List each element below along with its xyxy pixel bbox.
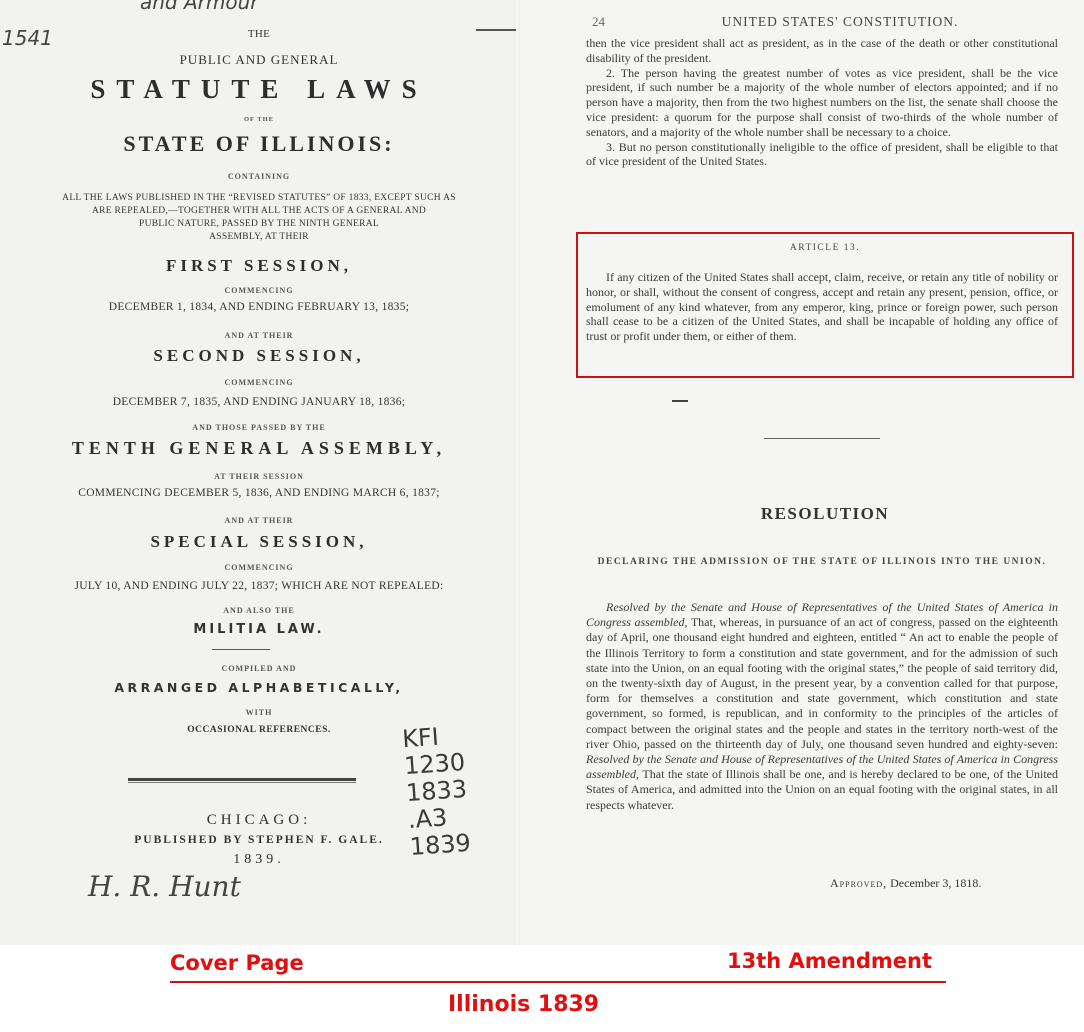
thin-divider: [128, 782, 356, 783]
resolution-subtitle: DECLARING THE ADMISSION OF THE STATE OF …: [586, 555, 1058, 570]
resolution-title: RESOLUTION: [576, 504, 1074, 524]
resolution-body-1: That, whereas, in pursuance of an act of…: [586, 615, 1058, 751]
and-also: AND ALSO THE: [0, 606, 518, 615]
militia-law: MILITIA LAW.: [0, 622, 518, 637]
article-12-text: then the vice president shall act as pre…: [586, 36, 1058, 169]
section-divider: [764, 438, 880, 439]
at-their-session: AT THEIR SESSION: [0, 472, 518, 481]
article-13-text: If any citizen of the United States shal…: [586, 270, 1058, 344]
tenth-assembly: TENTH GENERAL ASSEMBLY,: [0, 438, 518, 459]
thick-divider: [128, 778, 356, 781]
commencing-2: COMMENCING: [0, 378, 518, 387]
handwritten-top: and Armour: [140, 0, 259, 14]
call-line-3: 1833: [405, 776, 468, 807]
call-line-5: 1839: [409, 830, 472, 861]
handwritten-signature: H. R. Hunt: [88, 870, 241, 903]
approved-label: Approved,: [830, 876, 887, 890]
call-number: KFI 1230 1833 .A3 1839: [401, 722, 471, 861]
compiled-label: COMPILED AND: [0, 664, 518, 673]
title-public-general: PUBLIC AND GENERAL: [0, 52, 518, 68]
caption-13th-amendment: 13th Amendment: [727, 949, 932, 973]
page-number: 24: [592, 14, 605, 30]
description-line-1: ALL THE LAWS PUBLISHED IN THE “REVISED S…: [0, 192, 518, 205]
resolution-body-2: That the state of Illinois shall be one,…: [586, 767, 1058, 811]
and-at-their-2: AND AT THEIR: [0, 516, 518, 525]
title-statute-laws: STATUTE LAWS: [0, 74, 518, 105]
special-session: SPECIAL SESSION,: [0, 532, 518, 552]
caption-underline: [170, 981, 946, 983]
approved-date: December 3, 1818.: [890, 876, 981, 890]
title-state: STATE OF ILLINOIS:: [0, 131, 518, 157]
and-at-their-1: AND AT THEIR: [0, 331, 518, 340]
title-the: THE: [0, 28, 518, 40]
short-divider: [212, 649, 270, 650]
commencing-3: COMMENCING: [0, 563, 518, 572]
resolution-body: Resolved by the Senate and House of Repr…: [586, 600, 1058, 813]
stray-mark: [672, 400, 688, 402]
article-13-title: ARTICLE 13.: [576, 243, 1074, 253]
title-of-the: OF THE: [0, 116, 518, 123]
paragraph-continuation: then the vice president shall act as pre…: [586, 36, 1058, 66]
article-13-body: If any citizen of the United States shal…: [586, 270, 1058, 344]
description-line-4: ASSEMBLY, AT THEIR: [0, 232, 518, 242]
running-header: UNITED STATES' CONSTITUTION.: [620, 14, 1060, 30]
caption-cover-page: Cover Page: [170, 951, 304, 975]
description-line-3: PUBLIC NATURE, PASSED BY THE NINTH GENER…: [0, 219, 518, 229]
first-session: FIRST SESSION,: [0, 256, 518, 276]
description-line-2: ARE REPEALED,—TOGETHER WITH ALL THE ACTS…: [0, 206, 518, 216]
with-label: WITH: [0, 708, 518, 717]
paragraph-section-2: 2. The person having the greatest number…: [586, 66, 1058, 140]
arranged-alphabetically: ARRANGED ALPHABETICALLY,: [0, 680, 518, 695]
paragraph-section-3: 3. But no person constitutionally inelig…: [586, 140, 1058, 170]
those-passed: AND THOSE PASSED BY THE: [0, 423, 518, 432]
dates-2: DECEMBER 7, 1835, AND ENDING JANUARY 18,…: [0, 396, 518, 408]
caption-illinois-1839: Illinois 1839: [448, 992, 599, 1017]
dates-4: JULY 10, AND ENDING JULY 22, 1837; WHICH…: [0, 580, 518, 592]
second-session: SECOND SESSION,: [0, 346, 518, 366]
approved-line: Approved, December 3, 1818.: [830, 876, 981, 891]
commencing-1: COMMENCING: [0, 286, 518, 295]
dates-1: DECEMBER 1, 1834, AND ENDING FEBRUARY 13…: [0, 301, 518, 313]
dates-3: COMMENCING DECEMBER 5, 1836, AND ENDING …: [0, 487, 518, 499]
containing-label: CONTAINING: [0, 172, 518, 181]
